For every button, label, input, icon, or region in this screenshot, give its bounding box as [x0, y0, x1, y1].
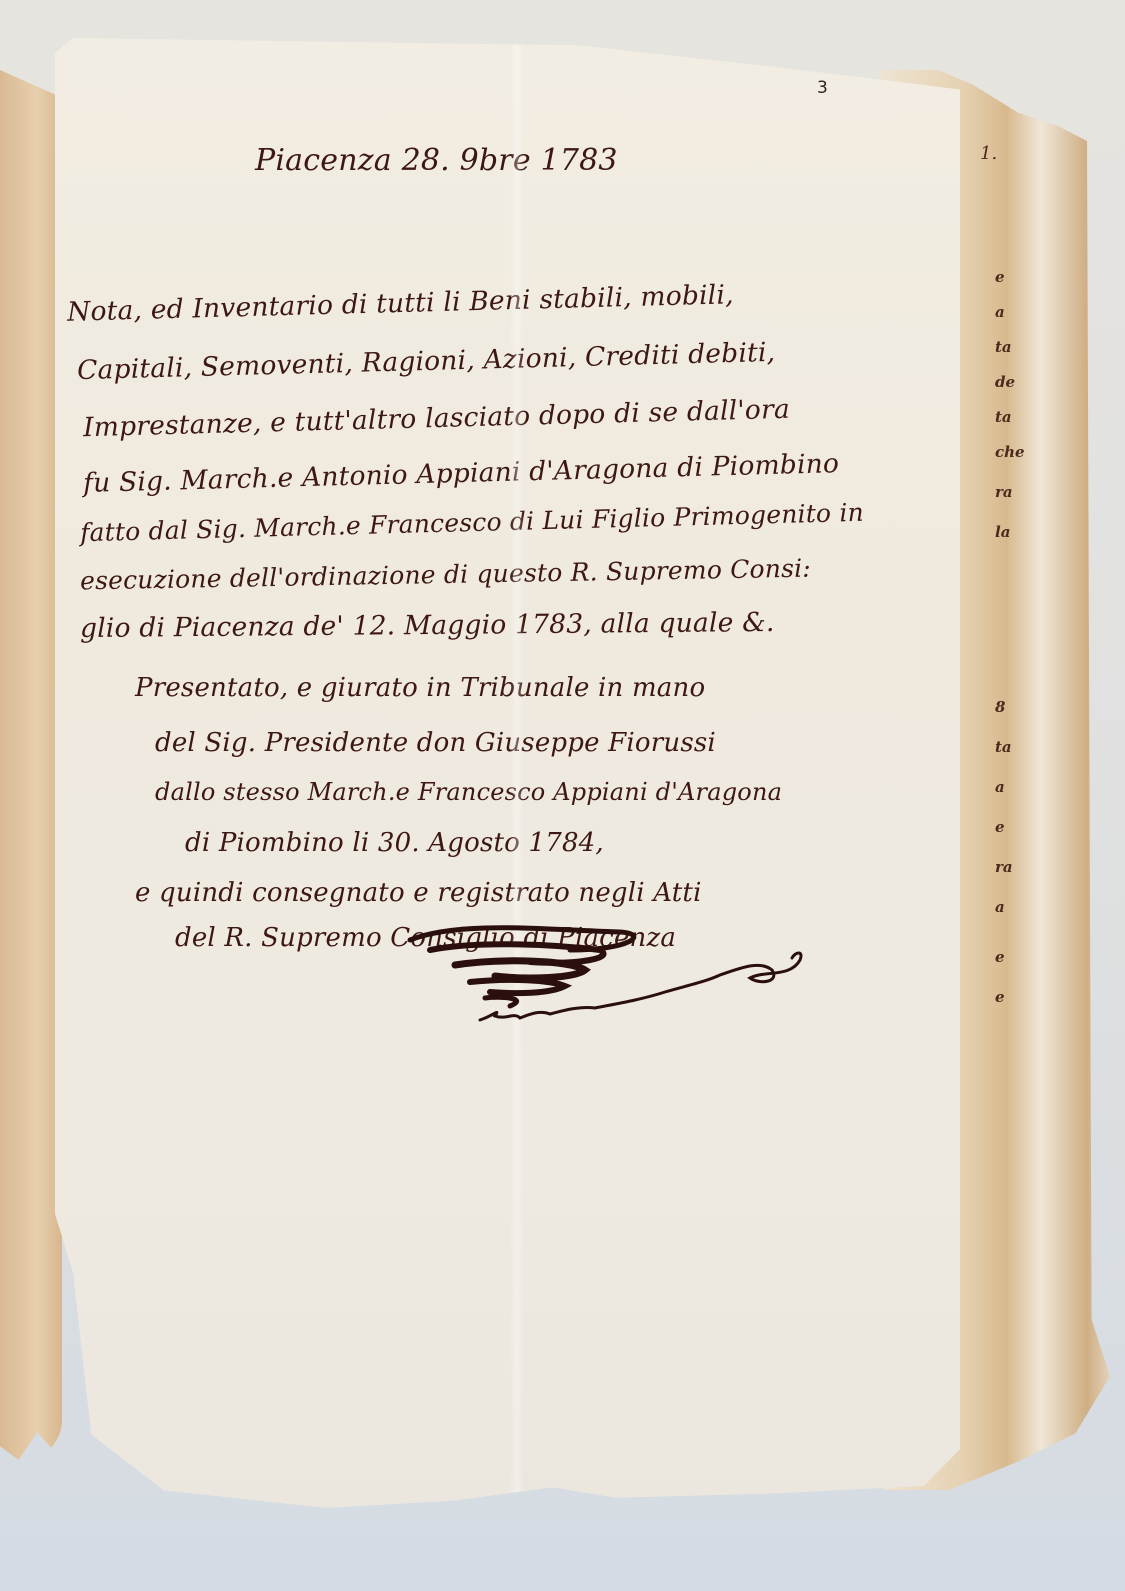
document-heading: Piacenza 28. 9bre 1783: [255, 143, 618, 178]
signature-flourish-icon: [400, 920, 820, 1040]
inventory-line-1: Nota, ed Inventario di tutti li Beni sta…: [67, 279, 734, 327]
presentation-line-1: Presentato, e giurato in Tribunale in ma…: [135, 673, 705, 703]
inventory-line-2: Capitali, Semoventi, Ragioni, Azioni, Cr…: [77, 337, 776, 386]
presentation-line-3: dallo stesso March.e Francesco Appiani d…: [155, 778, 782, 806]
inventory-line-3: Imprestanze, e tutt'altro lasciato dopo …: [83, 394, 791, 443]
manuscript-page: 3 Piacenza 28. 9bre 1783 Nota, ed Invent…: [55, 38, 960, 1508]
presentation-line-5: e quindi consegnato e registrato negli A…: [135, 878, 702, 908]
inventory-line-7: glio di Piacenza de' 12. Maggio 1783, al…: [80, 607, 775, 644]
left-facing-page-edge: [0, 70, 62, 1460]
inventory-line-5: fatto dal Sig. March.e Francesco di Lui …: [80, 498, 864, 548]
presentation-line-4: di Piombino li 30. Agosto 1784,: [185, 828, 604, 858]
inventory-line-4: fu Sig. March.e Antonio Appiani d'Aragon…: [83, 448, 840, 499]
page-number: 3: [817, 78, 828, 98]
presentation-line-2: del Sig. Presidente don Giuseppe Fioruss…: [155, 728, 716, 758]
inventory-line-6: esecuzione dell'ordinazione di questo R.…: [80, 554, 811, 596]
